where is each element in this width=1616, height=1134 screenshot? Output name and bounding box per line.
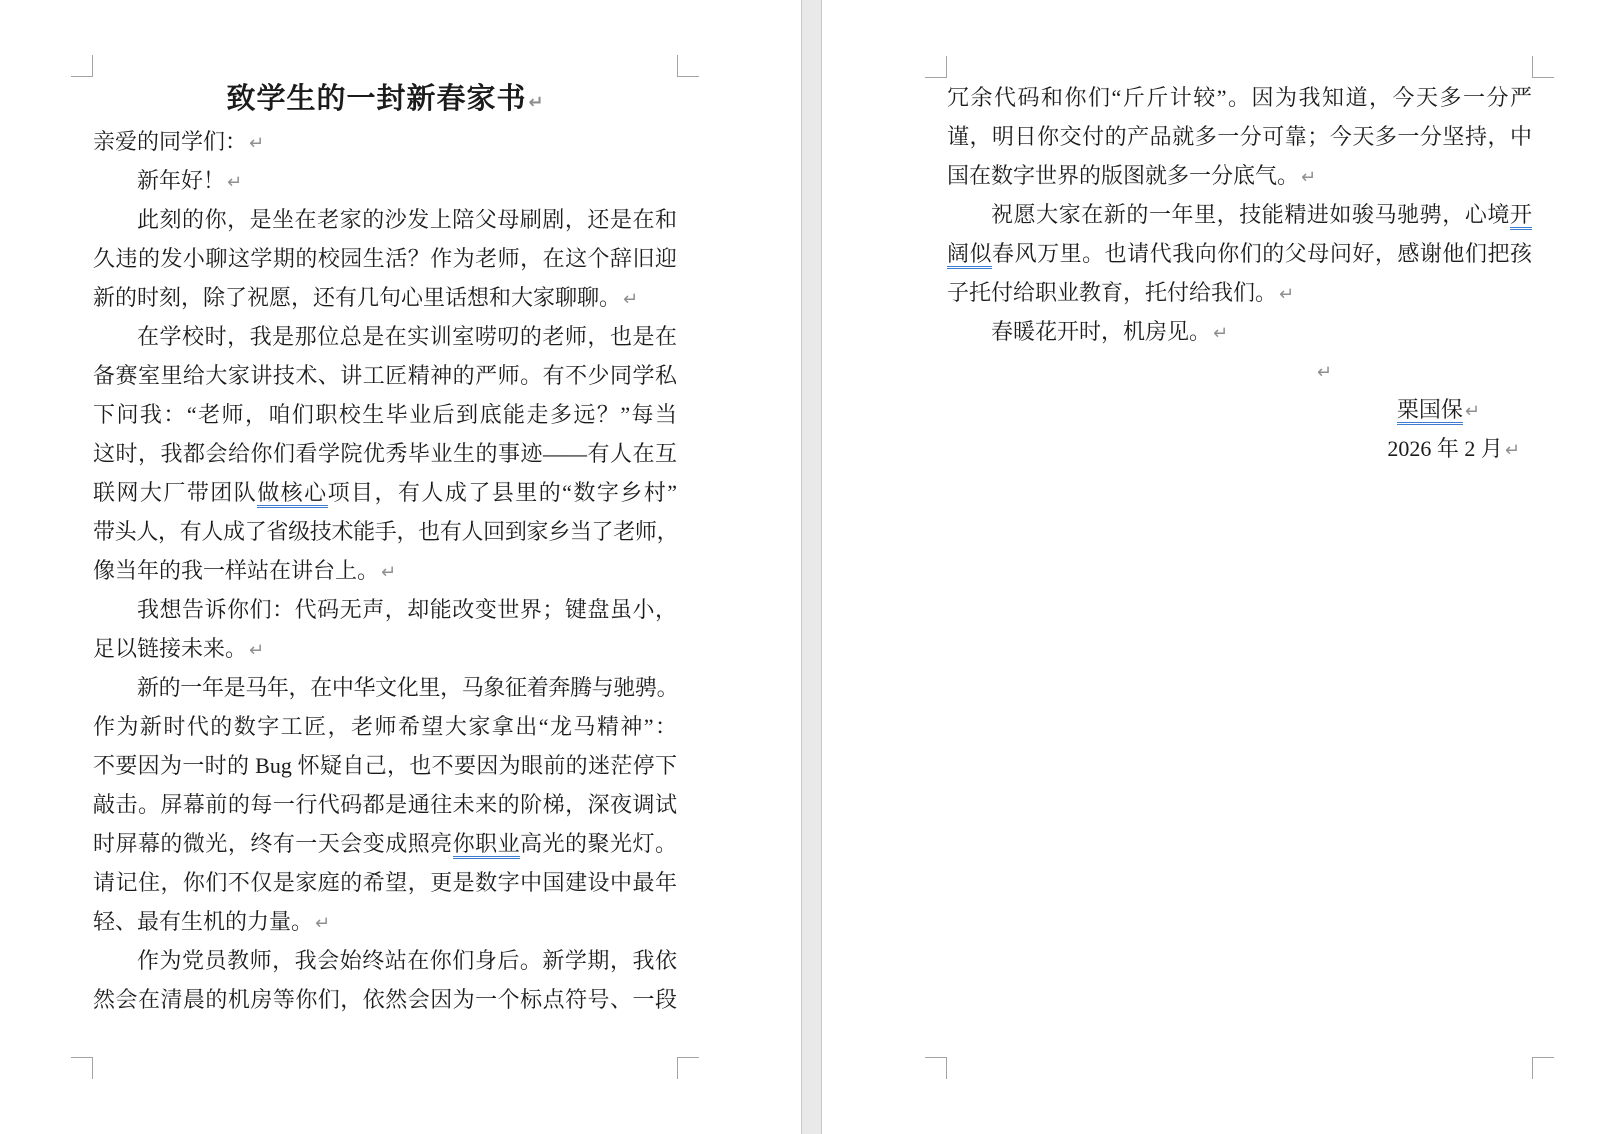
text-line: 新年好！↵ xyxy=(93,161,677,200)
text-line: 不要因为一时的 Bug 怀疑自己，也不要因为眼前的迷茫停下 xyxy=(93,746,677,785)
line-text: 新年好！ xyxy=(137,168,225,193)
line-text: 春风万里。也请代我向你们的父母问好，感谢他们把孩 xyxy=(992,241,1532,266)
grammar-underlined-text: 你职业 xyxy=(453,831,520,859)
text-line: 冗余代码和你们“斤斤计较”。因为我知道，今天多一分严 xyxy=(947,78,1532,117)
text-line: 作为党员教师，我会始终站在你们身后。新学期，我依 xyxy=(93,941,677,980)
margin-mark xyxy=(925,56,947,78)
line-text: 项目，有人成了县里的“数字乡村” xyxy=(328,480,677,505)
signature-line: 栗国保↵ xyxy=(947,390,1532,429)
line-text: 亲爱的同学们： xyxy=(93,129,247,154)
text-line: 祝愿大家在新的一年里，技能精进如骏马驰骋，心境开 xyxy=(947,195,1532,234)
text-line: 国在数字世界的版图就多一分底气。↵ xyxy=(947,156,1532,195)
text-line: 作为新时代的数字工匠，老师希望大家拿出“龙马精神”： xyxy=(93,707,677,746)
line-text: 在学校时，我是那位总是在实训室唠叨的老师，也是在 xyxy=(137,324,677,349)
title-text: 致学生的一封新春家书 xyxy=(226,83,526,115)
paragraph-mark-icon: ↵ xyxy=(526,92,543,113)
text-line: 敲击。屏幕前的每一行代码都是通往未来的阶梯，深夜调试 xyxy=(93,785,677,824)
page1-text-column: 亲爱的同学们：↵ 新年好！↵ 此刻的你，是坐在老家的沙发上陪父母刷剧，还是在和 … xyxy=(93,122,677,1019)
signature-text: 栗国保 xyxy=(1397,397,1463,425)
line-text: 请记住，你们不仅是家庭的希望，更是数字中国建设中最年 xyxy=(93,870,677,895)
text-line: 带头人，有人成了省级技术能手，也有人回到家乡当了老师， xyxy=(93,512,677,551)
text-line: 此刻的你，是坐在老家的沙发上陪父母刷剧，还是在和 xyxy=(93,200,677,239)
date-line: 2026 年 2 月↵ xyxy=(947,429,1532,468)
text-line: 我想告诉你们：代码无声，却能改变世界；键盘虽小， xyxy=(93,590,677,629)
text-line: 时屏幕的微光，终有一天会变成照亮你职业高光的聚光灯。 xyxy=(93,824,677,863)
empty-paragraph-line: ↵ xyxy=(947,351,1532,390)
paragraph-mark-icon: ↵ xyxy=(1503,440,1520,461)
line-text: 子托付给职业教育，托付给我们。 xyxy=(947,280,1277,305)
paragraph-mark-icon: ↵ xyxy=(379,562,396,583)
text-line: 像当年的我一样站在讲台上。↵ xyxy=(93,551,677,590)
line-text: 我想告诉你们：代码无声，却能改变世界；键盘虽小， xyxy=(137,597,677,622)
paragraph-mark-icon: ↵ xyxy=(1463,401,1480,422)
text-line: 春暖花开时，机房见。↵ xyxy=(947,312,1532,351)
line-text: 此刻的你，是坐在老家的沙发上陪父母刷剧，还是在和 xyxy=(137,207,677,232)
line-text: 高光的聚光灯。 xyxy=(520,831,677,856)
text-line: 新的时刻，除了祝愿，还有几句心里话想和大家聊聊。↵ xyxy=(93,278,677,317)
line-text: 祝愿大家在新的一年里，技能精进如骏马驰骋，心境 xyxy=(991,202,1510,227)
margin-mark xyxy=(677,55,699,77)
line-text: 新的时刻，除了祝愿，还有几句心里话想和大家聊聊。 xyxy=(93,285,621,310)
text-line: 亲爱的同学们：↵ xyxy=(93,122,677,161)
line-text: 春暖花开时，机房见。 xyxy=(991,319,1211,344)
line-text: 然会在清晨的机房等你们，依然会因为一个标点符号、一段 xyxy=(93,987,677,1012)
line-text: 时屏幕的微光，终有一天会变成照亮 xyxy=(93,831,453,856)
paragraph-mark-icon: ↵ xyxy=(313,913,330,934)
grammar-underlined-text: 阔似 xyxy=(947,241,992,269)
line-text: 国在数字世界的版图就多一分底气。 xyxy=(947,163,1299,188)
line-text: 像当年的我一样站在讲台上。 xyxy=(93,558,379,583)
text-line: 轻、最有生机的力量。↵ xyxy=(93,902,677,941)
line-text: 不要因为一时的 Bug 怀疑自己，也不要因为眼前的迷茫停下 xyxy=(93,753,677,778)
line-text: 备赛室里给大家讲技术、讲工匠精神的严师。有不少同学私 xyxy=(93,363,677,388)
text-line: 谨，明日你交付的产品就多一分可靠；今天多一分坚持，中 xyxy=(947,117,1532,156)
text-line: 子托付给职业教育，托付给我们。↵ xyxy=(947,273,1532,312)
page2-text-column: 冗余代码和你们“斤斤计较”。因为我知道，今天多一分严 谨，明日你交付的产品就多一… xyxy=(947,78,1532,468)
paragraph-mark-icon: ↵ xyxy=(621,289,638,310)
margin-mark xyxy=(925,1057,947,1079)
text-line: 这时，我都会给你们看学院优秀毕业生的事迹——有人在互 xyxy=(93,434,677,473)
margin-mark xyxy=(677,1057,699,1079)
line-text: 谨，明日你交付的产品就多一分可靠；今天多一分坚持，中 xyxy=(947,124,1532,149)
grammar-underlined-text: 做核心 xyxy=(257,480,327,508)
line-text: 久违的发小聊这学期的校园生活？作为老师，在这个辞旧迎 xyxy=(93,246,677,271)
grammar-underlined-text: 开 xyxy=(1510,202,1532,230)
page-gap-divider xyxy=(801,0,822,1134)
line-text: 作为党员教师，我会始终站在你们身后。新学期，我依 xyxy=(137,948,677,973)
text-line: 备赛室里给大家讲技术、讲工匠精神的严师。有不少同学私 xyxy=(93,356,677,395)
text-line: 联网大厂带团队做核心项目，有人成了县里的“数字乡村” xyxy=(93,473,677,512)
line-text: 轻、最有生机的力量。 xyxy=(93,909,313,934)
text-line: 请记住，你们不仅是家庭的希望，更是数字中国建设中最年 xyxy=(93,863,677,902)
line-text: 带头人，有人成了省级技术能手，也有人回到家乡当了老师， xyxy=(93,519,677,544)
line-text: 冗余代码和你们“斤斤计较”。因为我知道，今天多一分严 xyxy=(947,85,1532,110)
paragraph-mark-icon: ↵ xyxy=(1315,362,1332,383)
text-line: 下问我：“老师，咱们职校生毕业后到底能走多远？”每当 xyxy=(93,395,677,434)
paragraph-mark-icon: ↵ xyxy=(225,172,242,193)
margin-mark xyxy=(71,55,93,77)
margin-mark xyxy=(1532,1057,1554,1079)
paragraph-mark-icon: ↵ xyxy=(247,640,264,661)
line-text: 下问我：“老师，咱们职校生毕业后到底能走多远？”每当 xyxy=(93,402,677,427)
text-line: 在学校时，我是那位总是在实训室唠叨的老师，也是在 xyxy=(93,317,677,356)
text-line: 足以链接未来。↵ xyxy=(93,629,677,668)
line-text: 新的一年是马年，在中华文化里，马象征着奔腾与驰骋。 xyxy=(137,675,677,700)
document-title: 致学生的一封新春家书↵ xyxy=(93,77,677,122)
paragraph-mark-icon: ↵ xyxy=(247,133,264,154)
line-text: 足以链接未来。 xyxy=(93,636,247,661)
document-canvas: 致学生的一封新春家书↵ 亲爱的同学们：↵ 新年好！↵ 此刻的你，是坐在老家的沙发… xyxy=(0,0,1616,1134)
line-text: 联网大厂带团队 xyxy=(93,480,257,505)
date-text: 2026 年 2 月 xyxy=(1387,436,1503,461)
text-line: 久违的发小聊这学期的校园生活？作为老师，在这个辞旧迎 xyxy=(93,239,677,278)
text-line: 新的一年是马年，在中华文化里，马象征着奔腾与驰骋。 xyxy=(93,668,677,707)
margin-mark xyxy=(71,1057,93,1079)
line-text: 作为新时代的数字工匠，老师希望大家拿出“龙马精神”： xyxy=(93,714,677,739)
text-line: 阔似春风万里。也请代我向你们的父母问好，感谢他们把孩 xyxy=(947,234,1532,273)
paragraph-mark-icon: ↵ xyxy=(1277,284,1294,305)
line-text: 敲击。屏幕前的每一行代码都是通往未来的阶梯，深夜调试 xyxy=(93,792,677,817)
line-text: 这时，我都会给你们看学院优秀毕业生的事迹——有人在互 xyxy=(93,441,677,466)
paragraph-mark-icon: ↵ xyxy=(1211,323,1228,344)
paragraph-mark-icon: ↵ xyxy=(1299,167,1316,188)
text-line: 然会在清晨的机房等你们，依然会因为一个标点符号、一段 xyxy=(93,980,677,1019)
margin-mark xyxy=(1532,56,1554,78)
